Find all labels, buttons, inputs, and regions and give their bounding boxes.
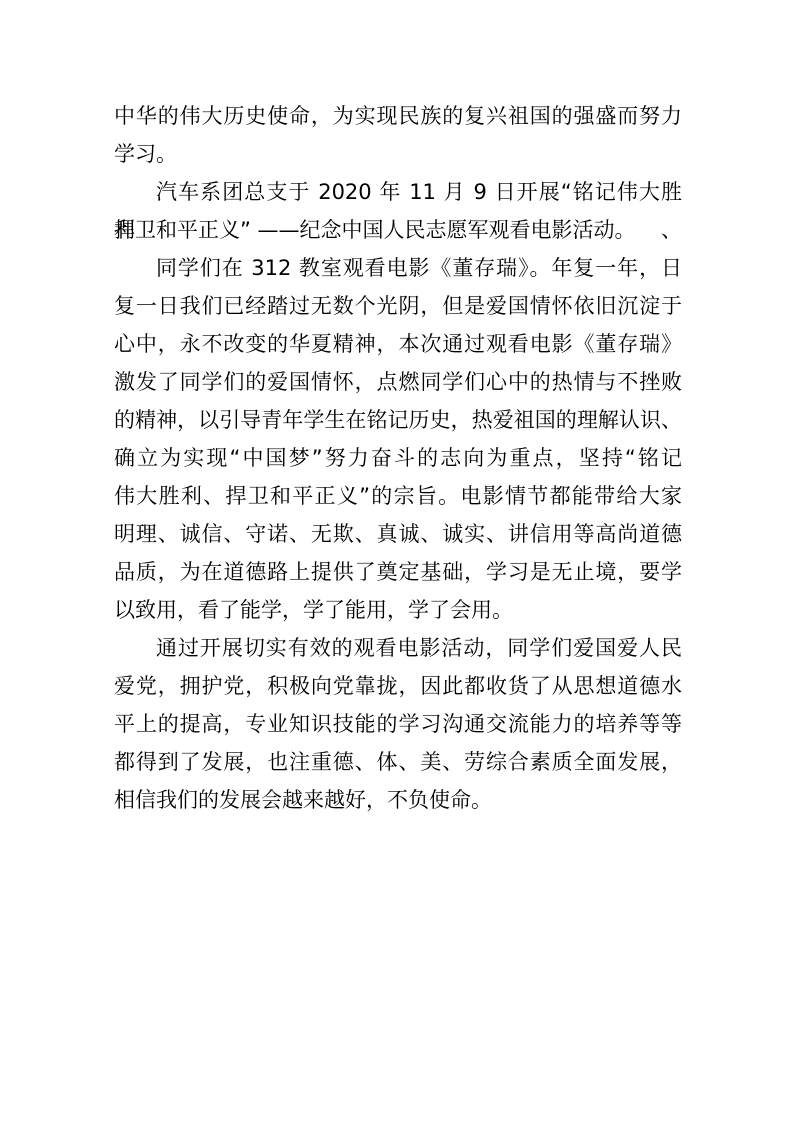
text-line: 中华的伟大历史使命，为实现民族的复兴祖国的强盛而努力 — [114, 97, 682, 135]
text-line: 心中，永不改变的华夏精神，本次通过观看电影《董存瑞》 — [114, 325, 682, 363]
text-line: 明理、诚信、守诺、无欺、真诚、诚实、讲信用等高尚道德 — [114, 515, 682, 553]
text-line: 复一日我们已经踏过无数个光阴，但是爱国情怀依旧沉淀于 — [114, 287, 682, 325]
text-line: 都得到了发展，也注重德、体、美、劳综合素质全面发展， — [114, 743, 682, 781]
text-line: 爱党，拥护党，积极向党靠拢，因此都收货了从思想道德水 — [114, 667, 682, 705]
text-line: 确立为实现“中国梦”努力奋斗的志向为重点，坚持“铭记 — [114, 439, 682, 477]
text-line: 同学们在 312 教室观看电影《董存瑞》。年复一年，日 — [114, 249, 682, 287]
text-line: 以致用，看了能学，学了能用，学了会用。 — [114, 591, 682, 629]
text-line: 平上的提高，专业知识技能的学习沟通交流能力的培养等等 — [114, 705, 682, 743]
text-line: 激发了同学们的爱国情怀，点燃同学们心中的热情与不挫败 — [114, 363, 682, 401]
text-line: 通过开展切实有效的观看电影活动，同学们爱国爱人民 — [114, 629, 682, 667]
text-line: 汽车系团总支于 2020 年 11 月 9 日开展“铭记伟大胜利、 — [114, 173, 682, 211]
text-line: 捍卫和平正义” ——纪念中国人民志愿军观看电影活动。 — [114, 211, 682, 249]
document-text: 中华的伟大历史使命，为实现民族的复兴祖国的强盛而努力学习。汽车系团总支于 202… — [114, 97, 682, 819]
text-line: 相信我们的发展会越来越好，不负使命。 — [114, 781, 682, 819]
text-line: 品质，为在道德路上提供了奠定基础，学习是无止境，要学 — [114, 553, 682, 591]
text-line: 的精神，以引导青年学生在铭记历史，热爱祖国的理解认识、 — [114, 401, 682, 439]
text-line: 伟大胜利、捍卫和平正义”的宗旨。电影情节都能带给大家 — [114, 477, 682, 515]
text-line: 学习。 — [114, 135, 682, 173]
document-page: 中华的伟大历史使命，为实现民族的复兴祖国的强盛而努力学习。汽车系团总支于 202… — [0, 0, 793, 1122]
